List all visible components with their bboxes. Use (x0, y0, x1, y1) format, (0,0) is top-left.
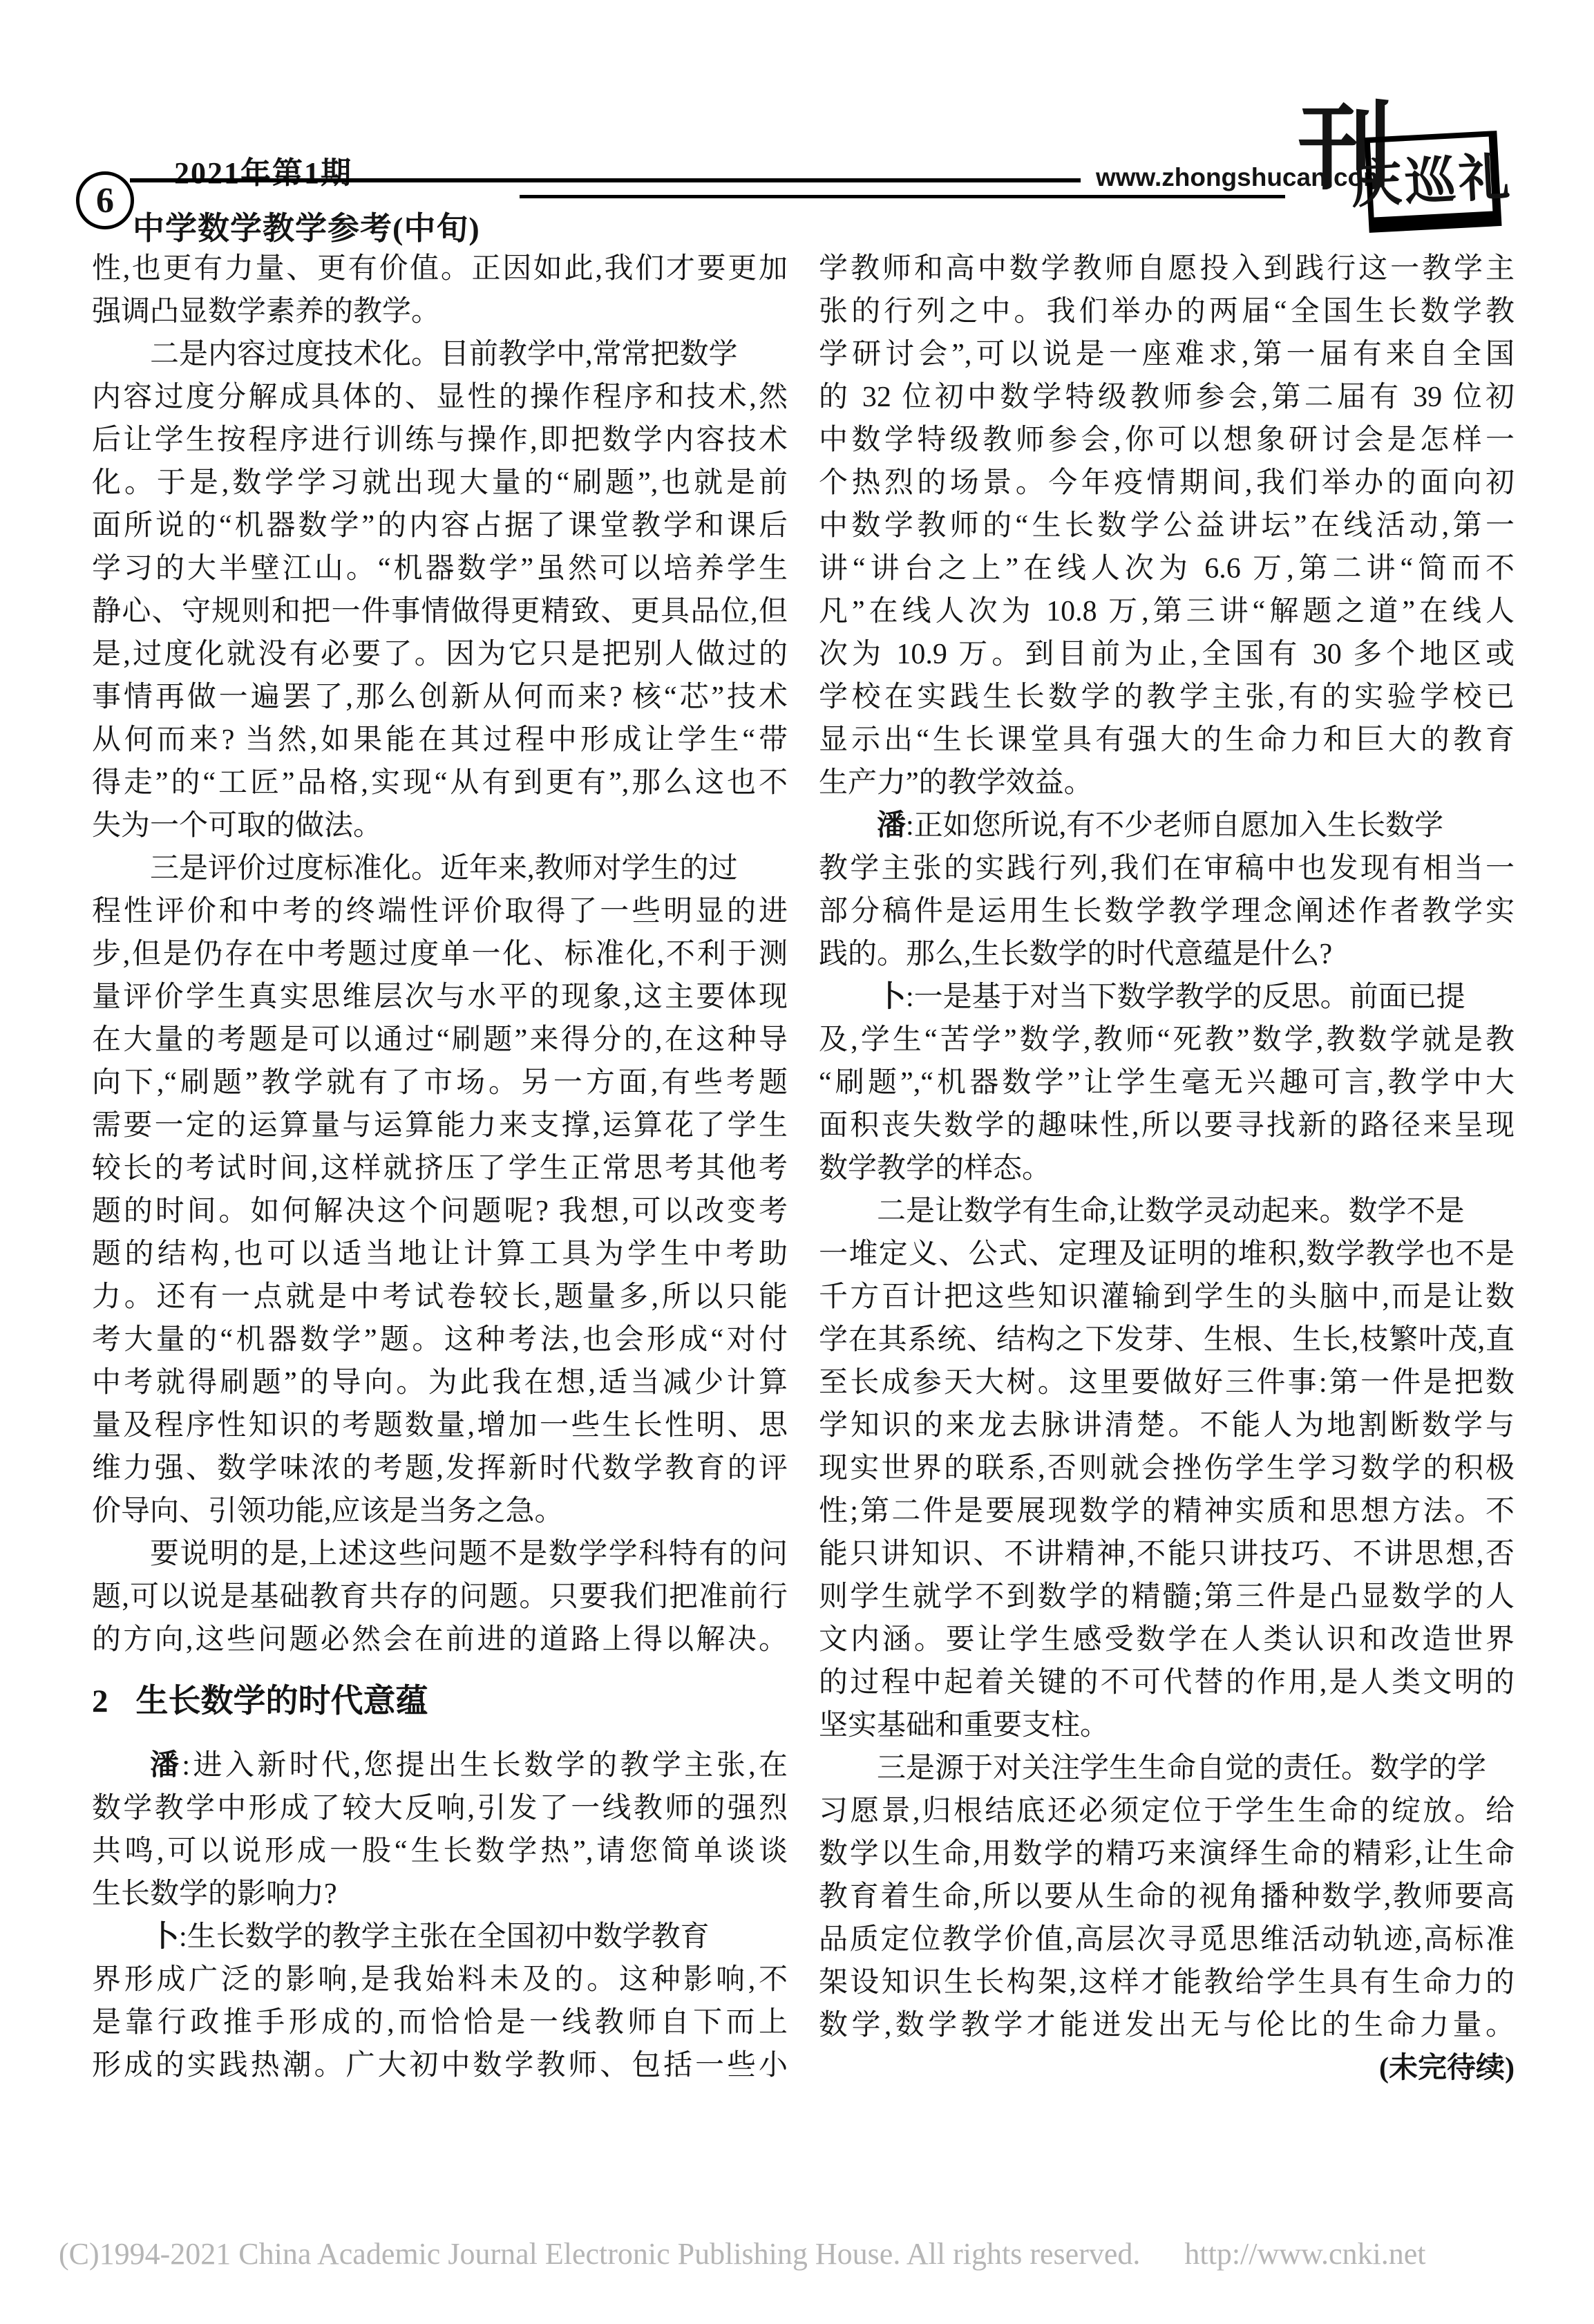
text-line: 学知识的来龙去脉讲清楚。不能人为地割断数学与 (819, 1404, 1515, 1447)
text-line: (未完待续) (819, 2047, 1515, 2090)
text-line: 二是内容过度技术化。目前教学中,常常把数学 (92, 333, 788, 376)
section-number: 2 (92, 1683, 108, 1719)
text-line: 讲“讲台之上”在线人次为 6.6 万,第二讲“简而不 (819, 547, 1515, 590)
text-line: 凡”在线人次为 10.8 万,第三讲“解题之道”在线人 (819, 590, 1515, 633)
text-line: 量及程序性知识的考题数量,增加一些生长性明、思 (92, 1404, 788, 1447)
text-line: 数学教学的样态。 (819, 1147, 1515, 1190)
issue-label: 2021年第1期 (174, 148, 352, 192)
text-line: 生长数学的影响力? (92, 1873, 788, 1916)
section-heading: 2生长数学的时代意蕴 (92, 1679, 788, 1723)
text-line: 数学以生命,用数学的精巧来演绎生命的精彩,让生命 (819, 1833, 1515, 1876)
footer: (C)1994-2021 China Academic Journal Elec… (59, 2236, 1537, 2271)
dialogue-line: 潘:进入新时代,您提出生长数学的教学主张,在 (92, 1744, 788, 1787)
anniversary-logo-box: 庆巡礼 (1365, 131, 1502, 233)
text-line: 事情再做一遍罢了,那么创新从何而来? 核“芯”技术 (92, 676, 788, 719)
text-line: 性;第二件是要展现数学的精神实质和思想方法。不 (819, 1490, 1515, 1533)
text-line: 数学教学中形成了较大反响,引发了一线教师的强烈 (92, 1787, 788, 1830)
header-rule-bottom (520, 195, 1285, 198)
text-line: 三是源于对关注学生生命自觉的责任。数学的学 (819, 1747, 1515, 1790)
text-line: 维力强、数学味浓的考题,发挥新时代数学教育的评 (92, 1447, 788, 1490)
text-line: 至长成参天大树。这里要做好三件事:第一件是把数 (819, 1361, 1515, 1404)
page-number: 6 (96, 180, 114, 221)
text-line: 需要一定的运算量与运算能力来支撑,运算花了学生 (92, 1104, 788, 1147)
text-line: 面积丧失数学的趣味性,所以要寻找新的路径来呈现 (819, 1104, 1515, 1147)
text-line: 个热烈的场景。今年疫情期间,我们举办的面向初 (819, 462, 1515, 504)
text-line: 学研讨会”,可以说是一座难求,第一届有来自全国 (819, 333, 1515, 376)
text-line: 学在其系统、结构之下发芽、生根、生长,枝繁叶茂,直 (819, 1319, 1515, 1361)
text-line: 题的时间。如何解决这个问题呢? 我想,可以改变考 (92, 1190, 788, 1233)
text-line: 文内涵。要让学生感受数学在人类认识和改造世界 (819, 1618, 1515, 1661)
text-line: 则学生就学不到数学的精髓;第三件是凸显数学的人 (819, 1576, 1515, 1618)
text-line: 及,学生“苦学”数学,教师“死教”数学,教数学就是教 (819, 1019, 1515, 1061)
right-column: 学教师和高中数学教师自愿投入到践行这一教学主张的行列之中。我们举办的两届“全国生… (819, 247, 1515, 2090)
dialogue-line: 卜:生长数学的教学主张在全国初中数学教育 (92, 1916, 788, 1958)
text-line: 显示出“生长课堂具有强大的生命力和巨大的教育 (819, 719, 1515, 762)
text-line: 生产力”的教学效益。 (819, 762, 1515, 804)
text-line: 力。还有一点就是中考试卷较长,题量多,所以只能 (92, 1276, 788, 1319)
text-line: 内容过度分解成具体的、显性的操作程序和技术,然 (92, 376, 788, 419)
speaker-name: 卜 (150, 1921, 179, 1953)
text-line: 程性评价和中考的终端性评价取得了一些明显的进 (92, 890, 788, 933)
text-line: 是,过度化就没有必要了。因为它只是把别人做过的 (92, 633, 788, 676)
text-line: 量评价学生真实思维层次与水平的现象,这主要体现 (92, 976, 788, 1019)
text-line: 教学主张的实践行列,我们在审稿中也发现有相当一 (819, 847, 1515, 890)
text-line: 静心、守规则和把一件事情做得更精致、更具品位,但 (92, 590, 788, 633)
left-column: 性,也更有力量、更有价值。正因如此,我们才要更加强调凸显数学素养的教学。二是内容… (92, 247, 788, 2087)
page-number-badge: 6 (76, 171, 134, 229)
dialogue-line: 潘:正如您所说,有不少老师自愿加入生长数学 (819, 804, 1515, 847)
dialogue-line: 卜:一是基于对当下数学教学的反思。前面已提 (819, 976, 1515, 1019)
text-line: 三是评价过度标准化。近年来,教师对学生的过 (92, 847, 788, 890)
text-line: 化。于是,数学学习就出现大量的“刷题”,也就是前 (92, 462, 788, 504)
text-line: 步,但是仍存在中考题过度单一化、标准化,不利于测 (92, 933, 788, 976)
text-line: 学教师和高中数学教师自愿投入到践行这一教学主 (819, 247, 1515, 290)
text-line: 从何而来? 当然,如果能在其过程中形成让学生“带 (92, 719, 788, 762)
text-line: 得走”的“工匠”品格,实现“从有到更有”,那么这也不 (92, 762, 788, 804)
text-line: 架设知识生长构架,这样才能教给学生具有生命力的 (819, 1961, 1515, 2004)
text-line: 中数学特级教师参会,你可以想象研讨会是怎样一 (819, 419, 1515, 462)
copyright-text: (C)1994-2021 China Academic Journal Elec… (59, 2236, 1140, 2271)
text-line: 向下,“刷题”教学就有了市场。另一方面,有些考题 (92, 1061, 788, 1104)
text-line: 价导向、引领功能,应该是当务之急。 (92, 1490, 788, 1533)
text-line: 部分稿件是运用生长数学教学理念阐述作者教学实 (819, 890, 1515, 933)
text-line: 数学,数学教学才能迸发出无与伦比的生命力量。 (819, 2004, 1515, 2047)
text-line: 的 32 位初中数学特级教师参会,第二届有 39 位初 (819, 376, 1515, 419)
text-line: 能只讲知识、不讲精神,不能只讲技巧、不讲思想,否 (819, 1533, 1515, 1576)
text-line: 题,可以说是基础教育共存的问题。只要我们把准前行 (92, 1576, 788, 1618)
text-line: 失为一个可取的做法。 (92, 804, 788, 847)
text-line: 界形成广泛的影响,是我始料未及的。这种影响,不 (92, 1958, 788, 2001)
text-line: 的方向,这些问题必然会在前进的道路上得以解决。 (92, 1618, 788, 1661)
anniversary-logo-text: 庆巡礼 (1349, 136, 1514, 218)
text-line: 品质定位教学价值,高层次寻觅思维活动轨迹,高标准 (819, 1918, 1515, 1961)
text-line: “刷题”,“机器数学”让学生毫无兴趣可言,教学中大 (819, 1061, 1515, 1104)
text-line: 是靠行政推手形成的,而恰恰是一线教师自下而上 (92, 2001, 788, 2044)
text-line: 较长的考试时间,这样就挤压了学生正常思考其他考 (92, 1147, 788, 1190)
text-line: 中数学教师的“生长数学公益讲坛”在线活动,第一 (819, 504, 1515, 547)
text-line: 后让学生按程序进行训练与操作,即把数学内容技术 (92, 419, 788, 462)
text-line: 题的结构,也可以适当地让计算工具为学生中考助 (92, 1233, 788, 1276)
text-line: 张的行列之中。我们举办的两届“全国生长数学教 (819, 290, 1515, 333)
text-line: 习愿景,归根结底还必须定位于学生生命的绽放。给 (819, 1790, 1515, 1833)
text-line: 中考就得刷题”的导向。为此我在想,适当减少计算 (92, 1361, 788, 1404)
text-line: 在大量的考题是可以通过“刷题”来得分的,在这种导 (92, 1019, 788, 1061)
text-line: 二是让数学有生命,让数学灵动起来。数学不是 (819, 1190, 1515, 1233)
speaker-name: 卜 (877, 981, 906, 1013)
text-line: 千方百计把这些知识灌输到学生的头脑中,而是让数 (819, 1276, 1515, 1319)
text-line: 践的。那么,生长数学的时代意蕴是什么? (819, 933, 1515, 976)
text-line: 次为 10.9 万。到目前为止,全国有 30 多个地区或 (819, 633, 1515, 676)
text-line: 形成的实践热潮。广大初中数学教师、包括一些小 (92, 2044, 788, 2087)
text-line: 强调凸显数学素养的教学。 (92, 290, 788, 333)
text-line: 考大量的“机器数学”题。这种考法,也会形成“对付 (92, 1319, 788, 1361)
footer-url: http://www.cnki.net (1184, 2236, 1425, 2271)
text-line: 性,也更有力量、更有价值。正因如此,我们才要更加 (92, 247, 788, 290)
speaker-name: 潘 (877, 810, 906, 842)
text-line: 一堆定义、公式、定理及证明的堆积,数学教学也不是 (819, 1233, 1515, 1276)
text-line: 教育着生命,所以要从生命的视角播种数学,教师要高 (819, 1876, 1515, 1918)
text-line: 学校在实践生长数学的教学主张,有的实验学校已 (819, 676, 1515, 719)
text-line: 坚实基础和重要支柱。 (819, 1704, 1515, 1747)
text-line: 面所说的“机器数学”的内容占据了课堂教学和课后 (92, 504, 788, 547)
text-line: 共鸣,可以说形成一股“生长数学热”,请您简单谈谈 (92, 1830, 788, 1873)
text-line: 要说明的是,上述这些问题不是数学学科特有的问 (92, 1533, 788, 1576)
text-line: 学习的大半壁江山。“机器数学”虽然可以培养学生 (92, 547, 788, 590)
text-line: 的过程中起着关键的不可代替的作用,是人类文明的 (819, 1661, 1515, 1704)
journal-title: 中学数学教学参考(中旬) (133, 203, 480, 249)
journal-page: { "header": { "page_number": "6", "issue… (0, 0, 1594, 2324)
speaker-name: 潘 (150, 1750, 182, 1782)
text-line: 现实世界的联系,否则就会挫伤学生学习数学的积极 (819, 1447, 1515, 1490)
header-rule-top (130, 178, 1081, 182)
